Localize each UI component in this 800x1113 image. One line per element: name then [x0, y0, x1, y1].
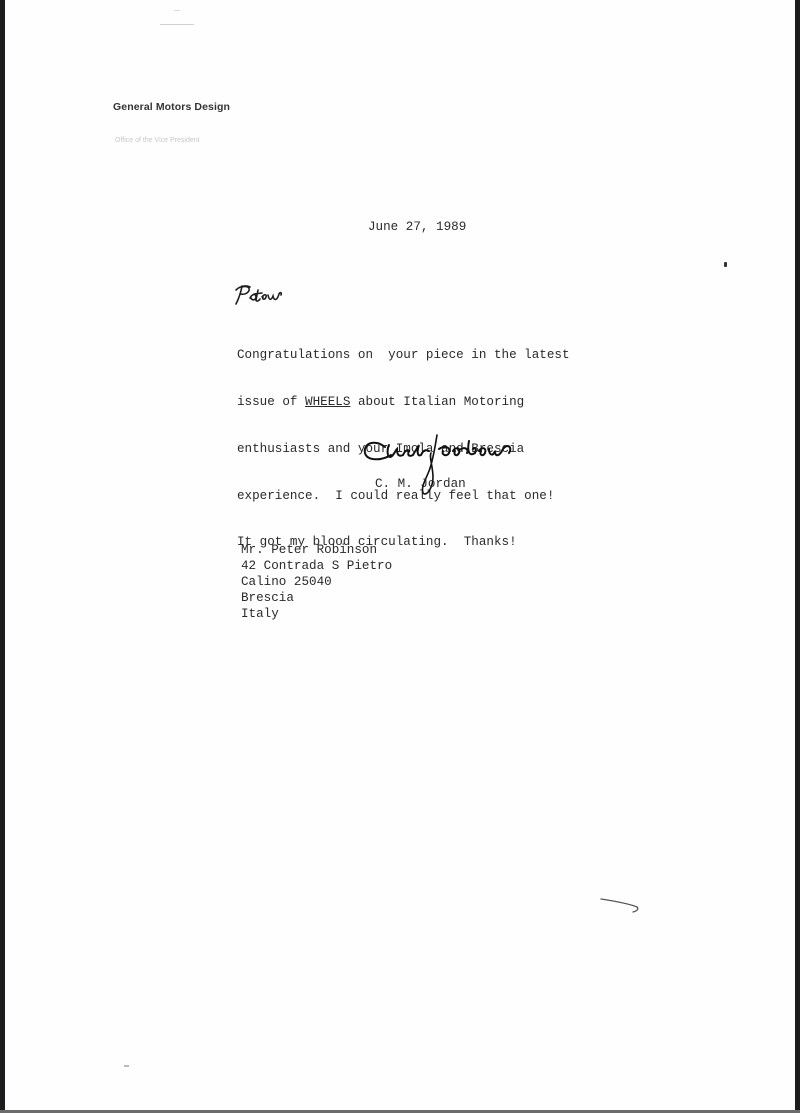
address-line: Mr. Peter Robinson [241, 542, 392, 558]
letterhead-organization: General Motors Design [113, 101, 230, 113]
publication-title: WHEELS [305, 395, 350, 409]
body-line: Congratulations on your piece in the lat… [237, 348, 570, 364]
letter-date: June 27, 1989 [368, 220, 466, 234]
recipient-address: Mr. Peter Robinson 42 Contrada S Pietro … [241, 542, 392, 622]
address-line: Italy [241, 606, 392, 622]
letterhead-office: Office of the Vice President [115, 137, 200, 144]
address-line: Brescia [241, 590, 392, 606]
handwritten-signature [357, 427, 537, 507]
letterhead-logo-icon [160, 4, 194, 26]
letter-page: General Motors Design Office of the Vice… [5, 0, 795, 1110]
address-line: Calino 25040 [241, 574, 392, 590]
body-line: issue of WHEELS about Italian Motoring [237, 395, 570, 411]
signer-name: C. M. Jordan [375, 477, 466, 491]
ink-dot-mark [724, 262, 727, 267]
pen-stroke-mark [599, 895, 644, 915]
smudge-mark [124, 1065, 129, 1067]
handwritten-salutation [232, 280, 302, 308]
address-line: 42 Contrada S Pietro [241, 558, 392, 574]
